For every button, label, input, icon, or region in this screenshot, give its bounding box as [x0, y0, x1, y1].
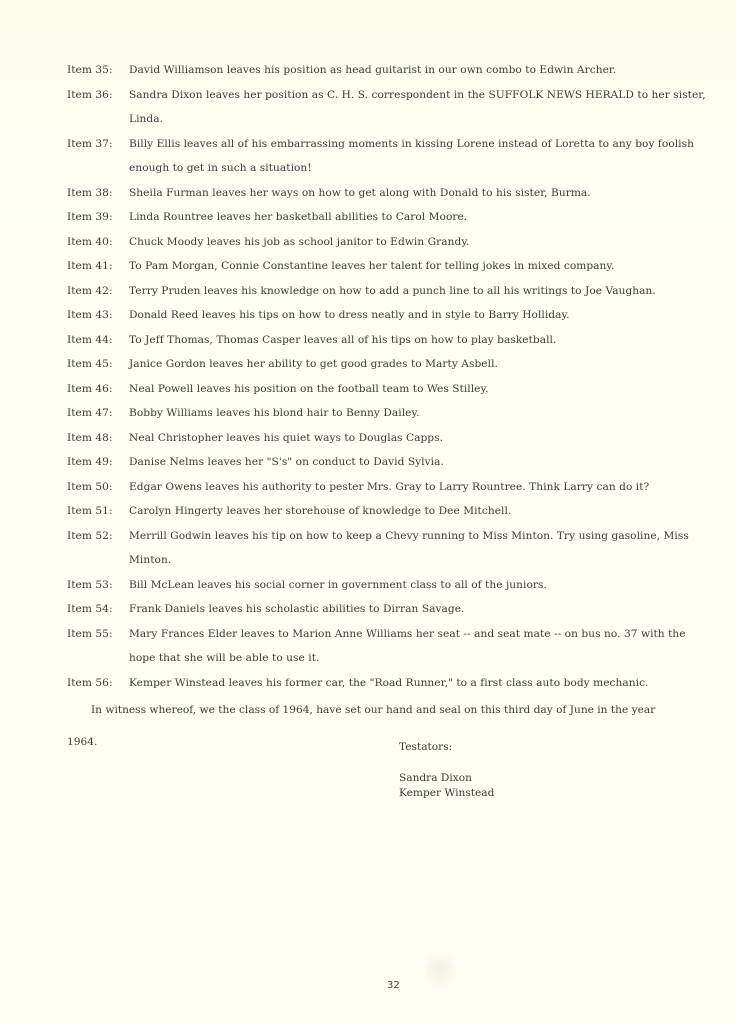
item-number: Item 43:: [67, 303, 129, 328]
bequest-item: Item 37:Billy Ellis leaves all of his em…: [67, 132, 707, 181]
bequest-item: Item 45:Janice Gordon leaves her ability…: [67, 352, 707, 377]
bequest-item: Item 51:Carolyn Hingerty leaves her stor…: [67, 499, 707, 524]
item-text: Bill McLean leaves his social corner in …: [129, 573, 707, 598]
bequest-item: Item 52:Merrill Godwin leaves his tip on…: [67, 524, 707, 573]
bequest-item: Item 42:Terry Pruden leaves his knowledg…: [67, 279, 707, 304]
testator-name: Kemper Winstead: [399, 786, 494, 801]
bequest-item: Item 40:Chuck Moody leaves his job as sc…: [67, 230, 707, 255]
item-text: To Pam Morgan, Connie Constantine leaves…: [129, 254, 707, 279]
item-number: Item 36:: [67, 83, 129, 132]
bequest-item: Item 39:Linda Rountree leaves her basket…: [67, 205, 707, 230]
item-text: Kemper Winstead leaves his former car, t…: [129, 671, 707, 696]
item-text: Chuck Moody leaves his job as school jan…: [129, 230, 707, 255]
bequest-item: Item 35:David Williamson leaves his posi…: [67, 58, 707, 83]
bequest-item: Item 49:Danise Nelms leaves her "S's" on…: [67, 450, 707, 475]
bequest-item: Item 50:Edgar Owens leaves his authority…: [67, 475, 707, 500]
item-text: Sheila Furman leaves her ways on how to …: [129, 181, 707, 206]
item-number: Item 45:: [67, 352, 129, 377]
item-text: Danise Nelms leaves her "S's" on conduct…: [129, 450, 707, 475]
witness-statement: In witness whereof, we the class of 1964…: [91, 694, 691, 758]
item-number: Item 52:: [67, 524, 129, 573]
item-number: Item 37:: [67, 132, 129, 181]
item-number: Item 50:: [67, 475, 129, 500]
item-number: Item 40:: [67, 230, 129, 255]
bequest-item: Item 41:To Pam Morgan, Connie Constantin…: [67, 254, 707, 279]
item-text: Frank Daniels leaves his scholastic abil…: [129, 597, 707, 622]
item-text: Bobby Williams leaves his blond hair to …: [129, 401, 707, 426]
item-text: Merrill Godwin leaves his tip on how to …: [129, 524, 707, 573]
item-number: Item 39:: [67, 205, 129, 230]
item-number: Item 35:: [67, 58, 129, 83]
item-text: Neal Christopher leaves his quiet ways t…: [129, 426, 707, 451]
item-text: Edgar Owens leaves his authority to pest…: [129, 475, 707, 500]
item-number: Item 55:: [67, 622, 129, 671]
item-text: Donald Reed leaves his tips on how to dr…: [129, 303, 707, 328]
bequest-item: Item 48:Neal Christopher leaves his quie…: [67, 426, 707, 451]
bequest-item: Item 47:Bobby Williams leaves his blond …: [67, 401, 707, 426]
item-number: Item 56:: [67, 671, 129, 696]
testator-name: Sandra Dixon: [399, 771, 494, 786]
item-text: Terry Pruden leaves his knowledge on how…: [129, 279, 707, 304]
item-number: Item 51:: [67, 499, 129, 524]
item-text: To Jeff Thomas, Thomas Casper leaves all…: [129, 328, 707, 353]
bequest-item: Item 56:Kemper Winstead leaves his forme…: [67, 671, 707, 696]
item-number: Item 46:: [67, 377, 129, 402]
bequest-item: Item 53:Bill McLean leaves his social co…: [67, 573, 707, 598]
bequest-item: Item 38:Sheila Furman leaves her ways on…: [67, 181, 707, 206]
item-text: Janice Gordon leaves her ability to get …: [129, 352, 707, 377]
paper-smudge: [425, 945, 455, 995]
item-number: Item 49:: [67, 450, 129, 475]
item-number: Item 42:: [67, 279, 129, 304]
witness-line-2: 1964.: [67, 726, 691, 758]
bequest-item: Item 54:Frank Daniels leaves his scholas…: [67, 597, 707, 622]
item-number: Item 41:: [67, 254, 129, 279]
testators-label: Testators:: [399, 741, 494, 753]
bequest-list: Item 35:David Williamson leaves his posi…: [67, 58, 707, 695]
item-number: Item 54:: [67, 597, 129, 622]
bequest-item: Item 36:Sandra Dixon leaves her position…: [67, 83, 707, 132]
bequest-item: Item 46:Neal Powell leaves his position …: [67, 377, 707, 402]
witness-line-1: In witness whereof, we the class of 1964…: [91, 704, 655, 716]
item-text: David Williamson leaves his position as …: [129, 58, 707, 83]
bequest-item: Item 44:To Jeff Thomas, Thomas Casper le…: [67, 328, 707, 353]
item-number: Item 38:: [67, 181, 129, 206]
item-number: Item 44:: [67, 328, 129, 353]
bequest-item: Item 43:Donald Reed leaves his tips on h…: [67, 303, 707, 328]
bequest-item: Item 55:Mary Frances Elder leaves to Mar…: [67, 622, 707, 671]
document-page: Item 35:David Williamson leaves his posi…: [0, 0, 736, 1024]
item-text: Neal Powell leaves his position on the f…: [129, 377, 707, 402]
page-number: 32: [387, 980, 400, 991]
item-text: Linda Rountree leaves her basketball abi…: [129, 205, 707, 230]
item-number: Item 53:: [67, 573, 129, 598]
item-number: Item 48:: [67, 426, 129, 451]
item-text: Sandra Dixon leaves her position as C. H…: [129, 83, 707, 132]
item-text: Mary Frances Elder leaves to Marion Anne…: [129, 622, 707, 671]
item-text: Carolyn Hingerty leaves her storehouse o…: [129, 499, 707, 524]
testators-block: Testators: Sandra Dixon Kemper Winstead: [399, 741, 494, 801]
item-text: Billy Ellis leaves all of his embarrassi…: [129, 132, 707, 181]
item-number: Item 47:: [67, 401, 129, 426]
